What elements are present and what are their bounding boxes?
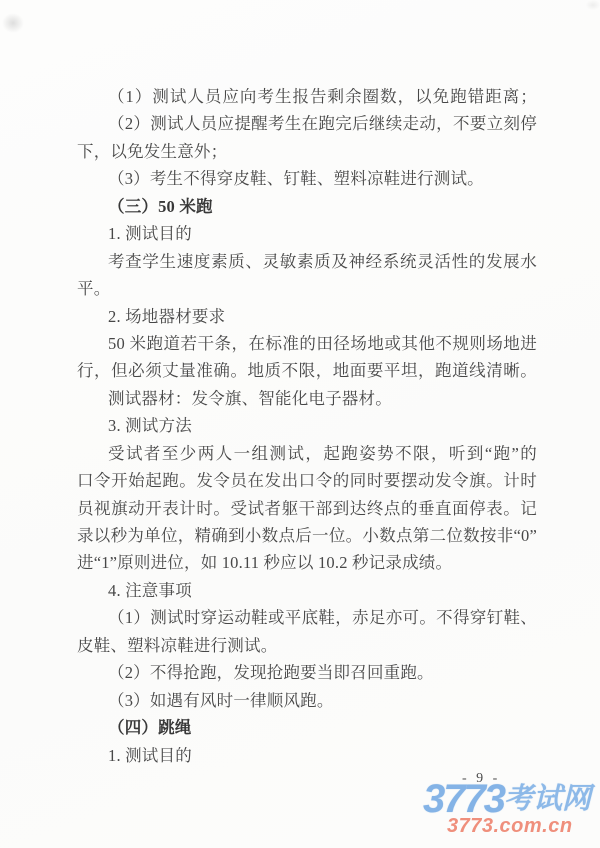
text-line: 皮鞋、塑料凉鞋进行测试。 [77,635,537,662]
subsection-heading: 1. 测试目的 [77,745,537,772]
text-line: 录以秒为单位，精确到小数点后一位。小数点第二位数按非“0” [77,525,537,552]
text-line: （3）如遇有风时一律顺风跑。 [77,690,537,717]
text-line: 考查学生速度素质、灵敏素质及神经系统灵活性的发展水 [77,251,537,278]
text-line: （2）不得抢跑，发现抢跑要当即召回重跑。 [77,662,537,689]
text-line: （1）测试人员应向考生报告剩余圈数，以免跑错距离； [77,86,537,113]
watermark-logo-text: 考试网 [504,783,591,815]
watermark-site-logo: 3773考试网 [423,779,591,819]
watermark-site-url: 3773.com.cn [447,815,573,838]
text-line: （1）测试时穿运动鞋或平底鞋，赤足亦可。不得穿钉鞋、 [77,607,537,634]
text-line: （2）测试人员应提醒考生在跑完后继续走动，不要立刻停 [77,113,537,140]
scanned-document-page: （1）测试人员应向考生报告剩余圈数，以免跑错距离； （2）测试人员应提醒考生在跑… [0,0,600,848]
subsection-heading: 3. 测试方法 [77,415,537,442]
text-line: （3）考生不得穿皮鞋、钉鞋、塑料凉鞋进行测试。 [77,168,537,195]
scan-smudge-top-left [2,13,24,33]
subsection-heading: 2. 场地器材要求 [77,306,537,333]
section-heading-rope-skipping: （四）跳绳 [77,717,537,744]
text-line: 受试者至少两人一组测试，起跑姿势不限，听到“跑”的 [77,443,537,470]
text-line: 员视旗动开表计时。受试者躯干部到达终点的垂直面停表。记 [77,498,537,525]
scan-smudge-top-right [586,0,600,10]
text-line: 50 米跑道若干条，在标准的田径场地或其他不规则场地进 [77,333,537,360]
text-line: 测试器材：发令旗、智能化电子器材。 [77,388,537,415]
text-line: 下，以免发生意外； [77,141,537,168]
text-line: 进“1”原则进位，如 10.11 秒应以 10.2 秒记录成绩。 [77,552,537,579]
text-line: 平。 [77,278,537,305]
document-body: （1）测试人员应向考生报告剩余圈数，以免跑错距离； （2）测试人员应提醒考生在跑… [77,86,537,772]
text-line: 行，但必须丈量准确。地质不限，地面要平坦，跑道线清晰。 [77,360,537,387]
subsection-heading: 1. 测试目的 [77,223,537,250]
section-heading-50m-run: （三）50 米跑 [77,196,537,223]
subsection-heading: 4. 注意事项 [77,580,537,607]
text-line: 口令开始起跑。发令员在发出口令的同时要摆动发令旗。计时 [77,470,537,497]
